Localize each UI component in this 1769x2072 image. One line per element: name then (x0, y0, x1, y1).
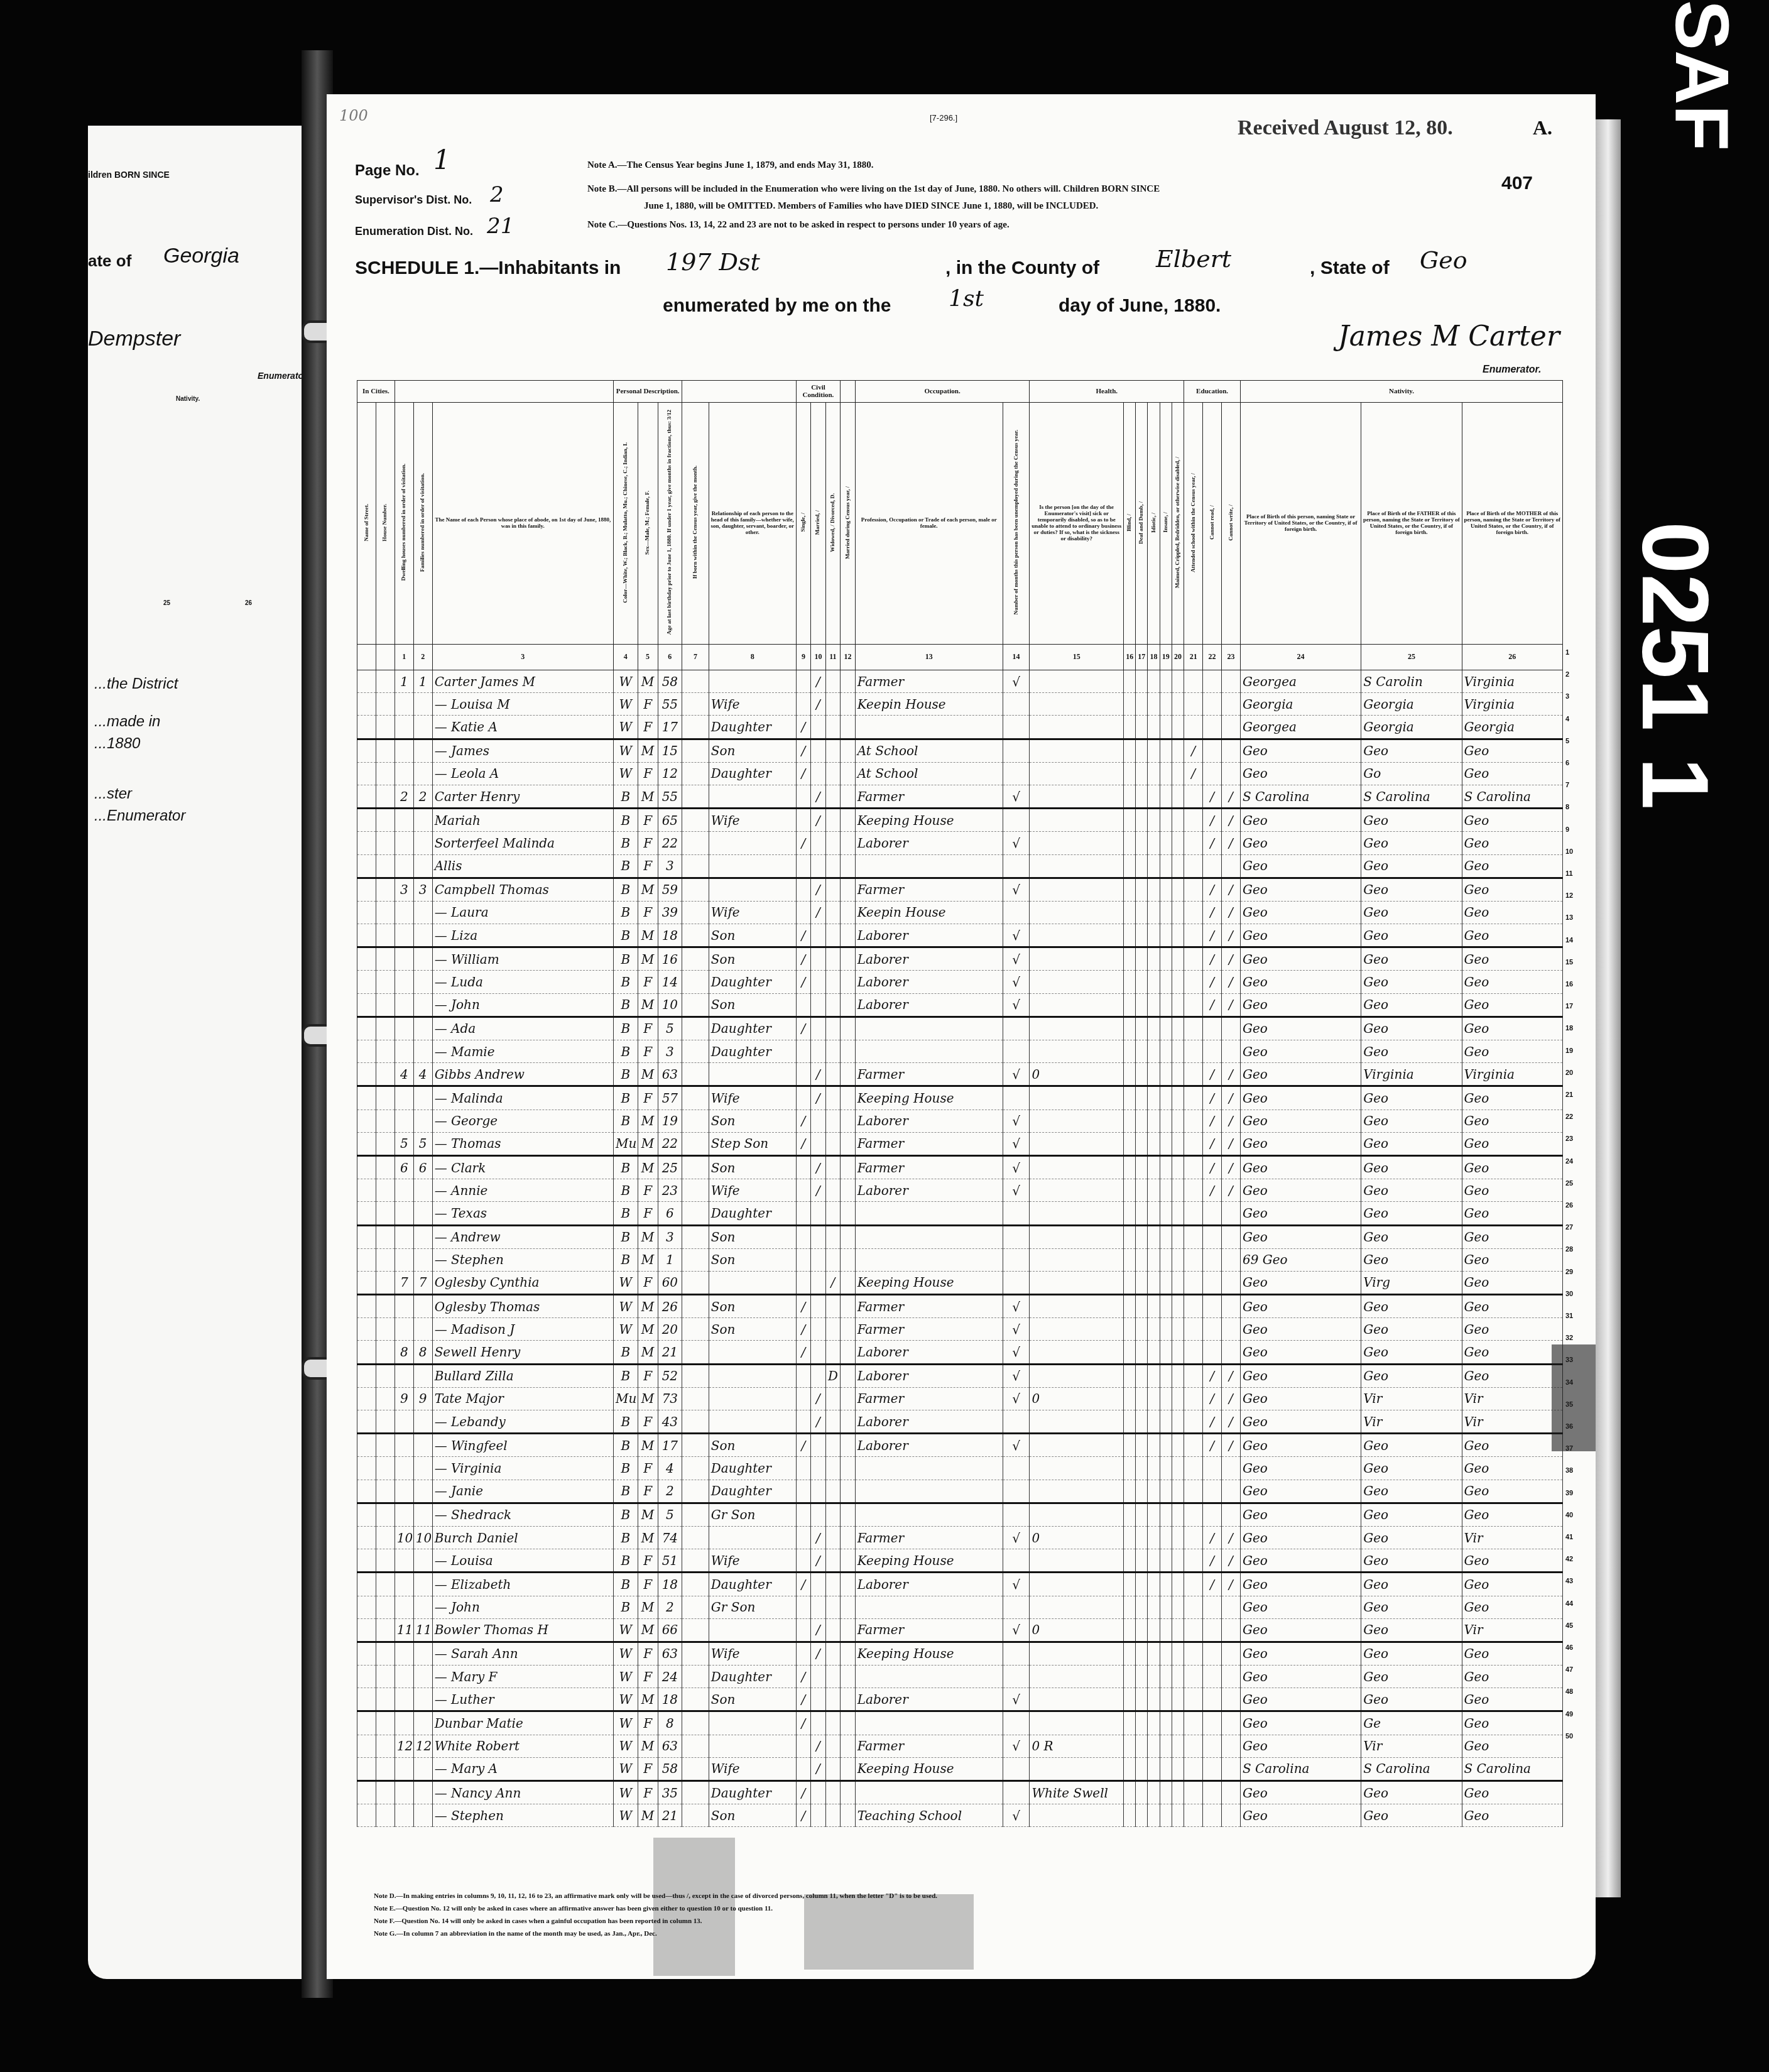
idiotic-cell (1148, 1017, 1160, 1040)
census-row: MariahBF65Wife/Keeping House//GeoGeoGeo (357, 809, 1563, 832)
cannot-read-cell: / (1203, 809, 1222, 832)
census-row: — WilliamBM16Son/Laborer√//GeoGeoGeo (357, 947, 1563, 971)
occupation-cell (855, 1503, 1003, 1526)
cannot-write-cell (1222, 1341, 1241, 1364)
widowed-cell (825, 762, 841, 785)
widowed-cell: D (825, 1364, 841, 1387)
cannot-write-cell (1222, 854, 1241, 878)
line-number: 1 (1565, 649, 1569, 657)
person-name-cell: — Texas (432, 1202, 613, 1225)
single-cell (796, 1549, 811, 1573)
married-cell (811, 993, 826, 1017)
cannot-write-cell: / (1222, 832, 1241, 854)
cannot-read-cell (1203, 1735, 1222, 1757)
married-census-year-cell (841, 1387, 856, 1410)
maimed-cell (1172, 1364, 1184, 1387)
idiotic-cell (1148, 1757, 1160, 1780)
deaf-dumb-cell (1136, 1666, 1148, 1688)
street-cell (357, 1179, 376, 1202)
census-row: — Katie AWF17Daughter/GeorgeaGeorgiaGeor… (357, 716, 1563, 739)
unemployed-cell: √ (1003, 971, 1030, 993)
cannot-read-cell: / (1203, 947, 1222, 971)
widowed-cell (825, 716, 841, 739)
married-cell (811, 716, 826, 739)
street-cell (357, 1248, 376, 1271)
birth-month-cell (682, 1526, 709, 1549)
census-row: 33Campbell ThomasBM59/Farmer√//GeoGeoGeo (357, 878, 1563, 901)
house-cell (376, 1248, 395, 1271)
mother-birthplace-cell: Virginia (1462, 670, 1563, 693)
relationship-cell: Gr Son (709, 1596, 796, 1618)
widowed-cell (825, 1666, 841, 1688)
insane-cell (1160, 947, 1172, 971)
family-number-cell (413, 809, 432, 832)
family-number-cell (413, 1225, 432, 1248)
note-b: Note B.—All persons will be included in … (587, 184, 1160, 195)
family-number-cell (413, 901, 432, 924)
father-birthplace-cell: Geo (1361, 1318, 1462, 1341)
cannot-write-cell (1222, 1618, 1241, 1642)
maimed-cell (1172, 1596, 1184, 1618)
census-row: 88Sewell HenryBM21/Laborer√GeoGeoGeo (357, 1341, 1563, 1364)
sex-cell: F (638, 1271, 658, 1294)
unemployed-cell (1003, 693, 1030, 716)
mother-birthplace-cell: Vir (1462, 1387, 1563, 1410)
line-number: 15 (1565, 959, 1573, 966)
person-name-cell: Allis (432, 854, 613, 878)
house-cell (376, 1781, 395, 1804)
idiotic-cell (1148, 947, 1160, 971)
unemployed-cell: √ (1003, 1526, 1030, 1549)
single-cell (796, 1757, 811, 1780)
sex-cell: F (638, 1757, 658, 1780)
single-cell (796, 993, 811, 1017)
birthplace-cell: Geo (1240, 1063, 1361, 1086)
line-number: 32 (1565, 1334, 1573, 1342)
cannot-read-cell: / (1203, 924, 1222, 947)
birthplace-cell: Geo (1240, 1295, 1361, 1318)
insane-cell (1160, 1735, 1172, 1757)
dwelling-number-cell (395, 947, 413, 971)
person-name-cell: — Annie (432, 1179, 613, 1202)
column-number: 2 (413, 645, 432, 670)
mother-birthplace-cell: Geo (1462, 1271, 1563, 1294)
column-number: 19 (1160, 645, 1172, 670)
unemployed-cell: √ (1003, 1735, 1030, 1757)
blind-cell (1124, 1063, 1136, 1086)
birth-month-cell (682, 1804, 709, 1827)
street-cell (357, 1341, 376, 1364)
family-number-cell (413, 1040, 432, 1063)
maimed-cell (1172, 1202, 1184, 1225)
color-cell: B (614, 1086, 638, 1110)
maimed-cell (1172, 1132, 1184, 1155)
group-nativity: Nativity. (1240, 381, 1562, 403)
occupation-cell: Laborer (855, 1341, 1003, 1364)
note-e: Note E.—Question No. 12 will only be ask… (374, 1905, 773, 1912)
father-birthplace-cell: Geo (1361, 739, 1462, 762)
color-cell: B (614, 1434, 638, 1457)
relationship-cell: Step Son (709, 1132, 796, 1155)
married-cell (811, 1248, 826, 1271)
deaf-dumb-cell (1136, 1179, 1148, 1202)
column-number (357, 645, 376, 670)
person-name-cell: — Stephen (432, 1248, 613, 1271)
dwelling-number-cell (395, 1110, 413, 1132)
cannot-read-cell: / (1203, 1110, 1222, 1132)
relationship-cell: Son (709, 1688, 796, 1711)
married-census-year-cell (841, 1573, 856, 1596)
cannot-read-cell (1203, 1225, 1222, 1248)
relationship-cell: Daughter (709, 1666, 796, 1688)
cannot-read-cell: / (1203, 878, 1222, 901)
deaf-dumb-cell (1136, 1596, 1148, 1618)
cannot-read-cell: / (1203, 832, 1222, 854)
cannot-write-cell (1222, 1248, 1241, 1271)
married-census-year-cell (841, 1202, 856, 1225)
relationship-cell: Wife (709, 1549, 796, 1573)
street-cell (357, 993, 376, 1017)
birthplace-cell: Geo (1240, 1526, 1361, 1549)
house-cell (376, 739, 395, 762)
single-cell: / (796, 1295, 811, 1318)
insane-cell (1160, 901, 1172, 924)
line-number: 16 (1565, 981, 1573, 988)
street-cell (357, 1202, 376, 1225)
unemployed-cell: √ (1003, 1618, 1030, 1642)
sex-cell: M (638, 1248, 658, 1271)
maimed-cell (1172, 670, 1184, 693)
single-cell: / (796, 1434, 811, 1457)
age-cell: 5 (658, 1503, 682, 1526)
widowed-cell (825, 924, 841, 947)
widowed-cell (825, 1573, 841, 1596)
insane-cell (1160, 1063, 1172, 1086)
cannot-read-cell (1203, 1248, 1222, 1271)
color-cell: B (614, 1110, 638, 1132)
sickness-cell (1030, 924, 1124, 947)
father-birthplace-cell: Geo (1361, 1132, 1462, 1155)
married-cell (811, 1804, 826, 1827)
dwelling-number-cell: 4 (395, 1063, 413, 1086)
single-cell (796, 878, 811, 901)
birth-month-cell (682, 809, 709, 832)
idiotic-cell (1148, 1063, 1160, 1086)
column-number: 24 (1240, 645, 1361, 670)
married-census-year-cell (841, 1804, 856, 1827)
unemployed-cell (1003, 854, 1030, 878)
insane-cell (1160, 1410, 1172, 1434)
age-cell: 35 (658, 1781, 682, 1804)
unemployed-cell (1003, 1017, 1030, 1040)
insane-cell (1160, 993, 1172, 1017)
maimed-cell (1172, 1735, 1184, 1757)
father-birthplace-cell: Geo (1361, 1526, 1462, 1549)
line-number: 45 (1565, 1622, 1573, 1630)
attended-school-cell (1184, 1271, 1203, 1294)
attended-school-cell (1184, 1132, 1203, 1155)
father-birthplace-cell: Geo (1361, 1804, 1462, 1827)
idiotic-cell (1148, 1271, 1160, 1294)
unemployed-cell: √ (1003, 1573, 1030, 1596)
birth-month-cell (682, 1688, 709, 1711)
married-cell: / (811, 693, 826, 716)
birth-month-cell (682, 1457, 709, 1480)
dwelling-number-cell (395, 1202, 413, 1225)
age-cell: 74 (658, 1526, 682, 1549)
birth-month-cell (682, 693, 709, 716)
sex-cell: M (638, 1688, 658, 1711)
deaf-dumb-cell (1136, 1434, 1148, 1457)
sex-cell: F (638, 1642, 658, 1665)
idiotic-cell (1148, 1457, 1160, 1480)
line-number: 24 (1565, 1158, 1573, 1165)
page-no-value: 1 (433, 144, 450, 175)
sickness-cell (1030, 832, 1124, 854)
maimed-cell (1172, 1480, 1184, 1503)
relationship-cell: Son (709, 993, 796, 1017)
line-number: 44 (1565, 1600, 1573, 1608)
sickness-cell: White Swell (1030, 1781, 1124, 1804)
deaf-dumb-cell (1136, 1132, 1148, 1155)
single-cell: / (796, 832, 811, 854)
cannot-read-cell (1203, 1503, 1222, 1526)
occupation-cell: Keeping House (855, 1086, 1003, 1110)
single-cell: / (796, 1711, 811, 1735)
col-header-unemployed: Number of months this person has been un… (1003, 403, 1030, 645)
line-number: 27 (1565, 1224, 1573, 1231)
relationship-cell: Son (709, 1155, 796, 1179)
cannot-write-cell (1222, 1642, 1241, 1665)
married-cell: / (811, 1618, 826, 1642)
widowed-cell (825, 1434, 841, 1457)
col-header-birth-month: If born within the Census year, give the… (682, 403, 709, 645)
birthplace-cell: Geo (1240, 1434, 1361, 1457)
mother-birthplace-cell: Geo (1462, 1017, 1563, 1040)
insane-cell (1160, 1318, 1172, 1341)
left-page-col-26-num: 26 (245, 600, 252, 607)
person-name-cell: — William (432, 947, 613, 971)
col-header-street: Name of Street. (357, 403, 376, 645)
person-name-cell: Oglesby Cynthia (432, 1271, 613, 1294)
color-cell: B (614, 1503, 638, 1526)
dwelling-number-cell (395, 854, 413, 878)
column-number: 20 (1172, 645, 1184, 670)
occupation-cell: Laborer (855, 993, 1003, 1017)
census-row: — StephenWM21Son/Teaching School√GeoGeoG… (357, 1804, 1563, 1827)
idiotic-cell (1148, 739, 1160, 762)
mother-birthplace-cell: Geo (1462, 1248, 1563, 1271)
sex-cell: M (638, 1063, 658, 1086)
widowed-cell (825, 1040, 841, 1063)
census-row: — LouisaBF51Wife/Keeping House//GeoGeoGe… (357, 1549, 1563, 1573)
line-number: 22 (1565, 1113, 1573, 1121)
mother-birthplace-cell: Geo (1462, 947, 1563, 971)
insane-cell (1160, 1526, 1172, 1549)
street-cell (357, 947, 376, 971)
census-row: 1111Bowler Thomas HWM66/Farmer√0GeoGeoVi… (357, 1618, 1563, 1642)
sex-cell: M (638, 1526, 658, 1549)
color-cell: B (614, 1480, 638, 1503)
house-cell (376, 1040, 395, 1063)
age-cell: 4 (658, 1457, 682, 1480)
color-cell: B (614, 1410, 638, 1434)
single-cell (796, 1040, 811, 1063)
maimed-cell (1172, 693, 1184, 716)
married-cell (811, 1318, 826, 1341)
unemployed-cell (1003, 1666, 1030, 1688)
blind-cell (1124, 1666, 1136, 1688)
age-cell: 20 (658, 1318, 682, 1341)
single-cell (796, 1155, 811, 1179)
color-cell: B (614, 1526, 638, 1549)
sex-cell: F (638, 809, 658, 832)
sickness-cell (1030, 1295, 1124, 1318)
birth-month-cell (682, 670, 709, 693)
single-cell: / (796, 1666, 811, 1688)
blind-cell (1124, 739, 1136, 762)
age-cell: 24 (658, 1666, 682, 1688)
widowed-cell (825, 947, 841, 971)
idiotic-cell (1148, 1781, 1160, 1804)
father-birthplace-cell: Vir (1361, 1387, 1462, 1410)
house-cell (376, 1225, 395, 1248)
age-cell: 17 (658, 716, 682, 739)
person-name-cell: — Mary A (432, 1757, 613, 1780)
dwelling-number-cell (395, 1804, 413, 1827)
deaf-dumb-cell (1136, 924, 1148, 947)
widowed-cell (825, 993, 841, 1017)
cannot-read-cell (1203, 1017, 1222, 1040)
idiotic-cell (1148, 1295, 1160, 1318)
unemployed-cell (1003, 1202, 1030, 1225)
married-cell: / (811, 1179, 826, 1202)
column-number: 4 (614, 645, 638, 670)
insane-cell (1160, 1642, 1172, 1665)
sickness-cell: 0 (1030, 1387, 1124, 1410)
dwelling-number-cell (395, 1503, 413, 1526)
maimed-cell (1172, 1295, 1184, 1318)
insane-cell (1160, 1248, 1172, 1271)
single-cell: / (796, 1110, 811, 1132)
street-cell (357, 1711, 376, 1735)
unemployed-cell: √ (1003, 947, 1030, 971)
dwelling-number-cell: 2 (395, 785, 413, 808)
color-cell: B (614, 1341, 638, 1364)
sex-cell: M (638, 1735, 658, 1757)
insane-cell (1160, 762, 1172, 785)
unemployed-cell (1003, 1225, 1030, 1248)
blind-cell (1124, 1457, 1136, 1480)
col-header-name: The Name of each Person whose place of a… (432, 403, 613, 645)
idiotic-cell (1148, 809, 1160, 832)
house-cell (376, 1434, 395, 1457)
relationship-cell: Daughter (709, 762, 796, 785)
family-number-cell: 6 (413, 1155, 432, 1179)
blind-cell (1124, 1410, 1136, 1434)
age-cell: 3 (658, 854, 682, 878)
occupation-cell: Farmer (855, 1387, 1003, 1410)
person-name-cell: — Nancy Ann (432, 1781, 613, 1804)
dwelling-number-cell: 5 (395, 1132, 413, 1155)
census-row: — MamieBF3DaughterGeoGeoGeo (357, 1040, 1563, 1063)
page-stack-edge (1596, 119, 1621, 1897)
widowed-cell (825, 1480, 841, 1503)
married-census-year-cell (841, 1711, 856, 1735)
married-cell (811, 1434, 826, 1457)
street-cell (357, 1271, 376, 1294)
sickness-cell (1030, 716, 1124, 739)
idiotic-cell (1148, 1110, 1160, 1132)
age-cell: 19 (658, 1110, 682, 1132)
widowed-cell (825, 1618, 841, 1642)
census-row: 55— ThomasMuM22Step Son/Farmer√//GeoGeoG… (357, 1132, 1563, 1155)
insane-cell (1160, 1618, 1172, 1642)
occupation-cell: Keeping House (855, 809, 1003, 832)
person-name-cell: Sewell Henry (432, 1341, 613, 1364)
blind-cell (1124, 670, 1136, 693)
family-number-cell (413, 1295, 432, 1318)
color-cell: W (614, 1711, 638, 1735)
sickness-cell (1030, 1225, 1124, 1248)
age-cell: 2 (658, 1596, 682, 1618)
family-number-cell: 3 (413, 878, 432, 901)
line-number: 14 (1565, 937, 1573, 944)
sickness-cell (1030, 1179, 1124, 1202)
column-number: 23 (1222, 645, 1241, 670)
dwelling-number-cell: 10 (395, 1526, 413, 1549)
attended-school-cell (1184, 1364, 1203, 1387)
father-birthplace-cell: Geo (1361, 971, 1462, 993)
widowed-cell (825, 785, 841, 808)
street-cell (357, 1503, 376, 1526)
col-header-cannot-read: Cannot read, / (1203, 403, 1222, 645)
col-header-deaf-dumb: Deaf and Dumb, / (1136, 403, 1148, 645)
person-name-cell: Carter James M (432, 670, 613, 693)
widowed-cell (825, 1155, 841, 1179)
birthplace-cell: Geo (1240, 1155, 1361, 1179)
occupation-cell: Laborer (855, 832, 1003, 854)
person-name-cell: Oglesby Thomas (432, 1295, 613, 1318)
family-number-cell (413, 854, 432, 878)
census-row: — GeorgeBM19Son/Laborer√//GeoGeoGeo (357, 1110, 1563, 1132)
enumeration-day: 1st (949, 286, 984, 312)
mother-birthplace-cell: Geo (1462, 1295, 1563, 1318)
insane-cell (1160, 1781, 1172, 1804)
person-name-cell: — Laura (432, 901, 613, 924)
cannot-read-cell: / (1203, 1063, 1222, 1086)
blind-cell (1124, 809, 1136, 832)
attended-school-cell (1184, 971, 1203, 993)
married-cell (811, 1017, 826, 1040)
color-cell: B (614, 924, 638, 947)
person-name-cell: — Wingfeel (432, 1434, 613, 1457)
house-cell (376, 947, 395, 971)
blind-cell (1124, 993, 1136, 1017)
idiotic-cell (1148, 1642, 1160, 1665)
mother-birthplace-cell: Geo (1462, 1549, 1563, 1573)
column-number: 1 (395, 645, 413, 670)
color-cell: B (614, 993, 638, 1017)
mother-birthplace-cell: Geo (1462, 809, 1563, 832)
deaf-dumb-cell (1136, 1618, 1148, 1642)
family-number-cell (413, 1202, 432, 1225)
family-number-cell (413, 1781, 432, 1804)
married-census-year-cell (841, 809, 856, 832)
line-number: 49 (1565, 1711, 1573, 1718)
cannot-write-cell: / (1222, 1063, 1241, 1086)
house-cell (376, 1271, 395, 1294)
